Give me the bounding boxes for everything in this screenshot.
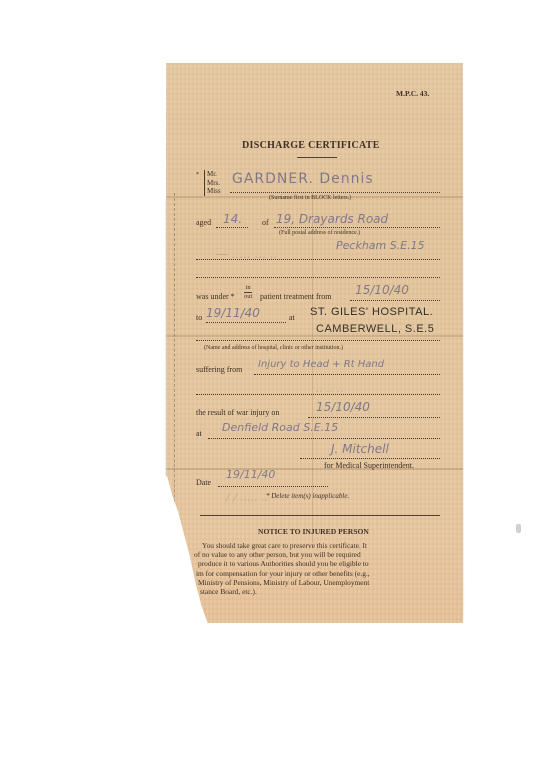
form-code: M.P.C. 43. (396, 89, 429, 98)
delete-note: * Delete item(s) inapplicable. (266, 492, 349, 500)
document-title: DISCHARGE CERTIFICATE (242, 140, 380, 151)
address-line-3 (196, 277, 440, 278)
war-injury-date: 15/10/40 (316, 400, 370, 414)
name-value: GARDNER. Dennis (232, 171, 374, 187)
age-label: aged (196, 218, 211, 227)
notice-line: produce it to various Authorities should… (198, 559, 454, 568)
injury-location-line (208, 438, 440, 439)
war-injury-label: the result of war injury on (196, 408, 279, 417)
notice-body: You should take great care to preserve t… (202, 541, 454, 596)
section-divider (200, 515, 440, 516)
hospital-line1: ST. GILES' HOSPITAL. (310, 306, 433, 318)
fold-line (166, 468, 463, 470)
war-injury-date-line (308, 417, 440, 418)
hospital-line (196, 340, 440, 341)
salutation-mr: Mr. (207, 170, 221, 179)
address-line-1 (274, 227, 440, 228)
signature-value: J. Mitchell (331, 442, 389, 456)
to-label: to (196, 313, 202, 322)
signature-line (300, 458, 440, 459)
date-label: Date (196, 478, 211, 487)
notice-line: Ministry of Pensions, Ministry of Labour… (198, 578, 454, 587)
salutation-marker: * (196, 172, 199, 178)
condition-label: suffering from (196, 365, 242, 374)
age-value: 14. (223, 212, 242, 226)
out-label: out (244, 293, 252, 301)
treatment-to-date: 19/11/40 (206, 306, 260, 320)
address-label: of (262, 218, 269, 227)
discharge-certificate-paper: M.P.C. 43. DISCHARGE CERTIFICATE * Mr. M… (166, 63, 463, 623)
treatment-from-date: 15/10/40 (355, 283, 409, 297)
name-caption: (Surname first in BLOCK letters.) (269, 195, 351, 201)
to-date-line (206, 322, 286, 323)
address-line2: Peckham S.E.15 (336, 239, 425, 252)
hospital-caption: (Name and address of hospital, clinic or… (204, 345, 343, 351)
bleed-through-text: — ..... ... .. (216, 247, 278, 261)
salutation-options: Mr. Mrs. Miss (204, 170, 221, 196)
injury-location: Denfield Road S.E.15 (222, 421, 338, 434)
title-underline (297, 157, 337, 158)
address-line1: 19, Drayards Road (276, 212, 388, 226)
hospital-line2: CAMBERWELL, S.E.5 (316, 323, 434, 335)
notice-line: im for compensation for your injury or o… (196, 569, 454, 578)
treatment-prefix: was under * (196, 292, 235, 301)
name-line (230, 192, 440, 193)
injury-at-label: at (196, 429, 202, 438)
at-label: at (289, 313, 295, 322)
from-date-line (350, 300, 440, 301)
condition-line (254, 374, 440, 375)
notice-line: stance Board, etc.). (200, 587, 454, 596)
bleed-through-text: .. .. .. (316, 382, 344, 395)
salutation-mrs: Mrs. (207, 179, 221, 188)
date-line (218, 486, 328, 487)
notice-heading: NOTICE TO INJURED PERSON (258, 527, 369, 536)
fold-line (166, 335, 463, 337)
in-out-fraction: in out (244, 284, 252, 301)
bleed-through-text: / / ..... .. (226, 491, 268, 504)
notice-line: You should take great care to preserve t… (202, 541, 454, 550)
signature-caption: for Medical Superintendent. (324, 461, 414, 470)
scan-speck (516, 524, 521, 533)
address-caption: (Full postal address of residence.) (279, 230, 360, 236)
age-line (216, 227, 248, 228)
condition-value: Injury to Head + Rt Hand (258, 359, 384, 370)
perforation-line (174, 193, 175, 593)
notice-line: of no value to any other person, but you… (194, 550, 454, 559)
in-label: in (244, 284, 252, 293)
salutation-miss: Miss (207, 187, 221, 196)
treatment-suffix: patient treatment from (260, 292, 332, 301)
date-value: 19/11/40 (226, 468, 275, 481)
